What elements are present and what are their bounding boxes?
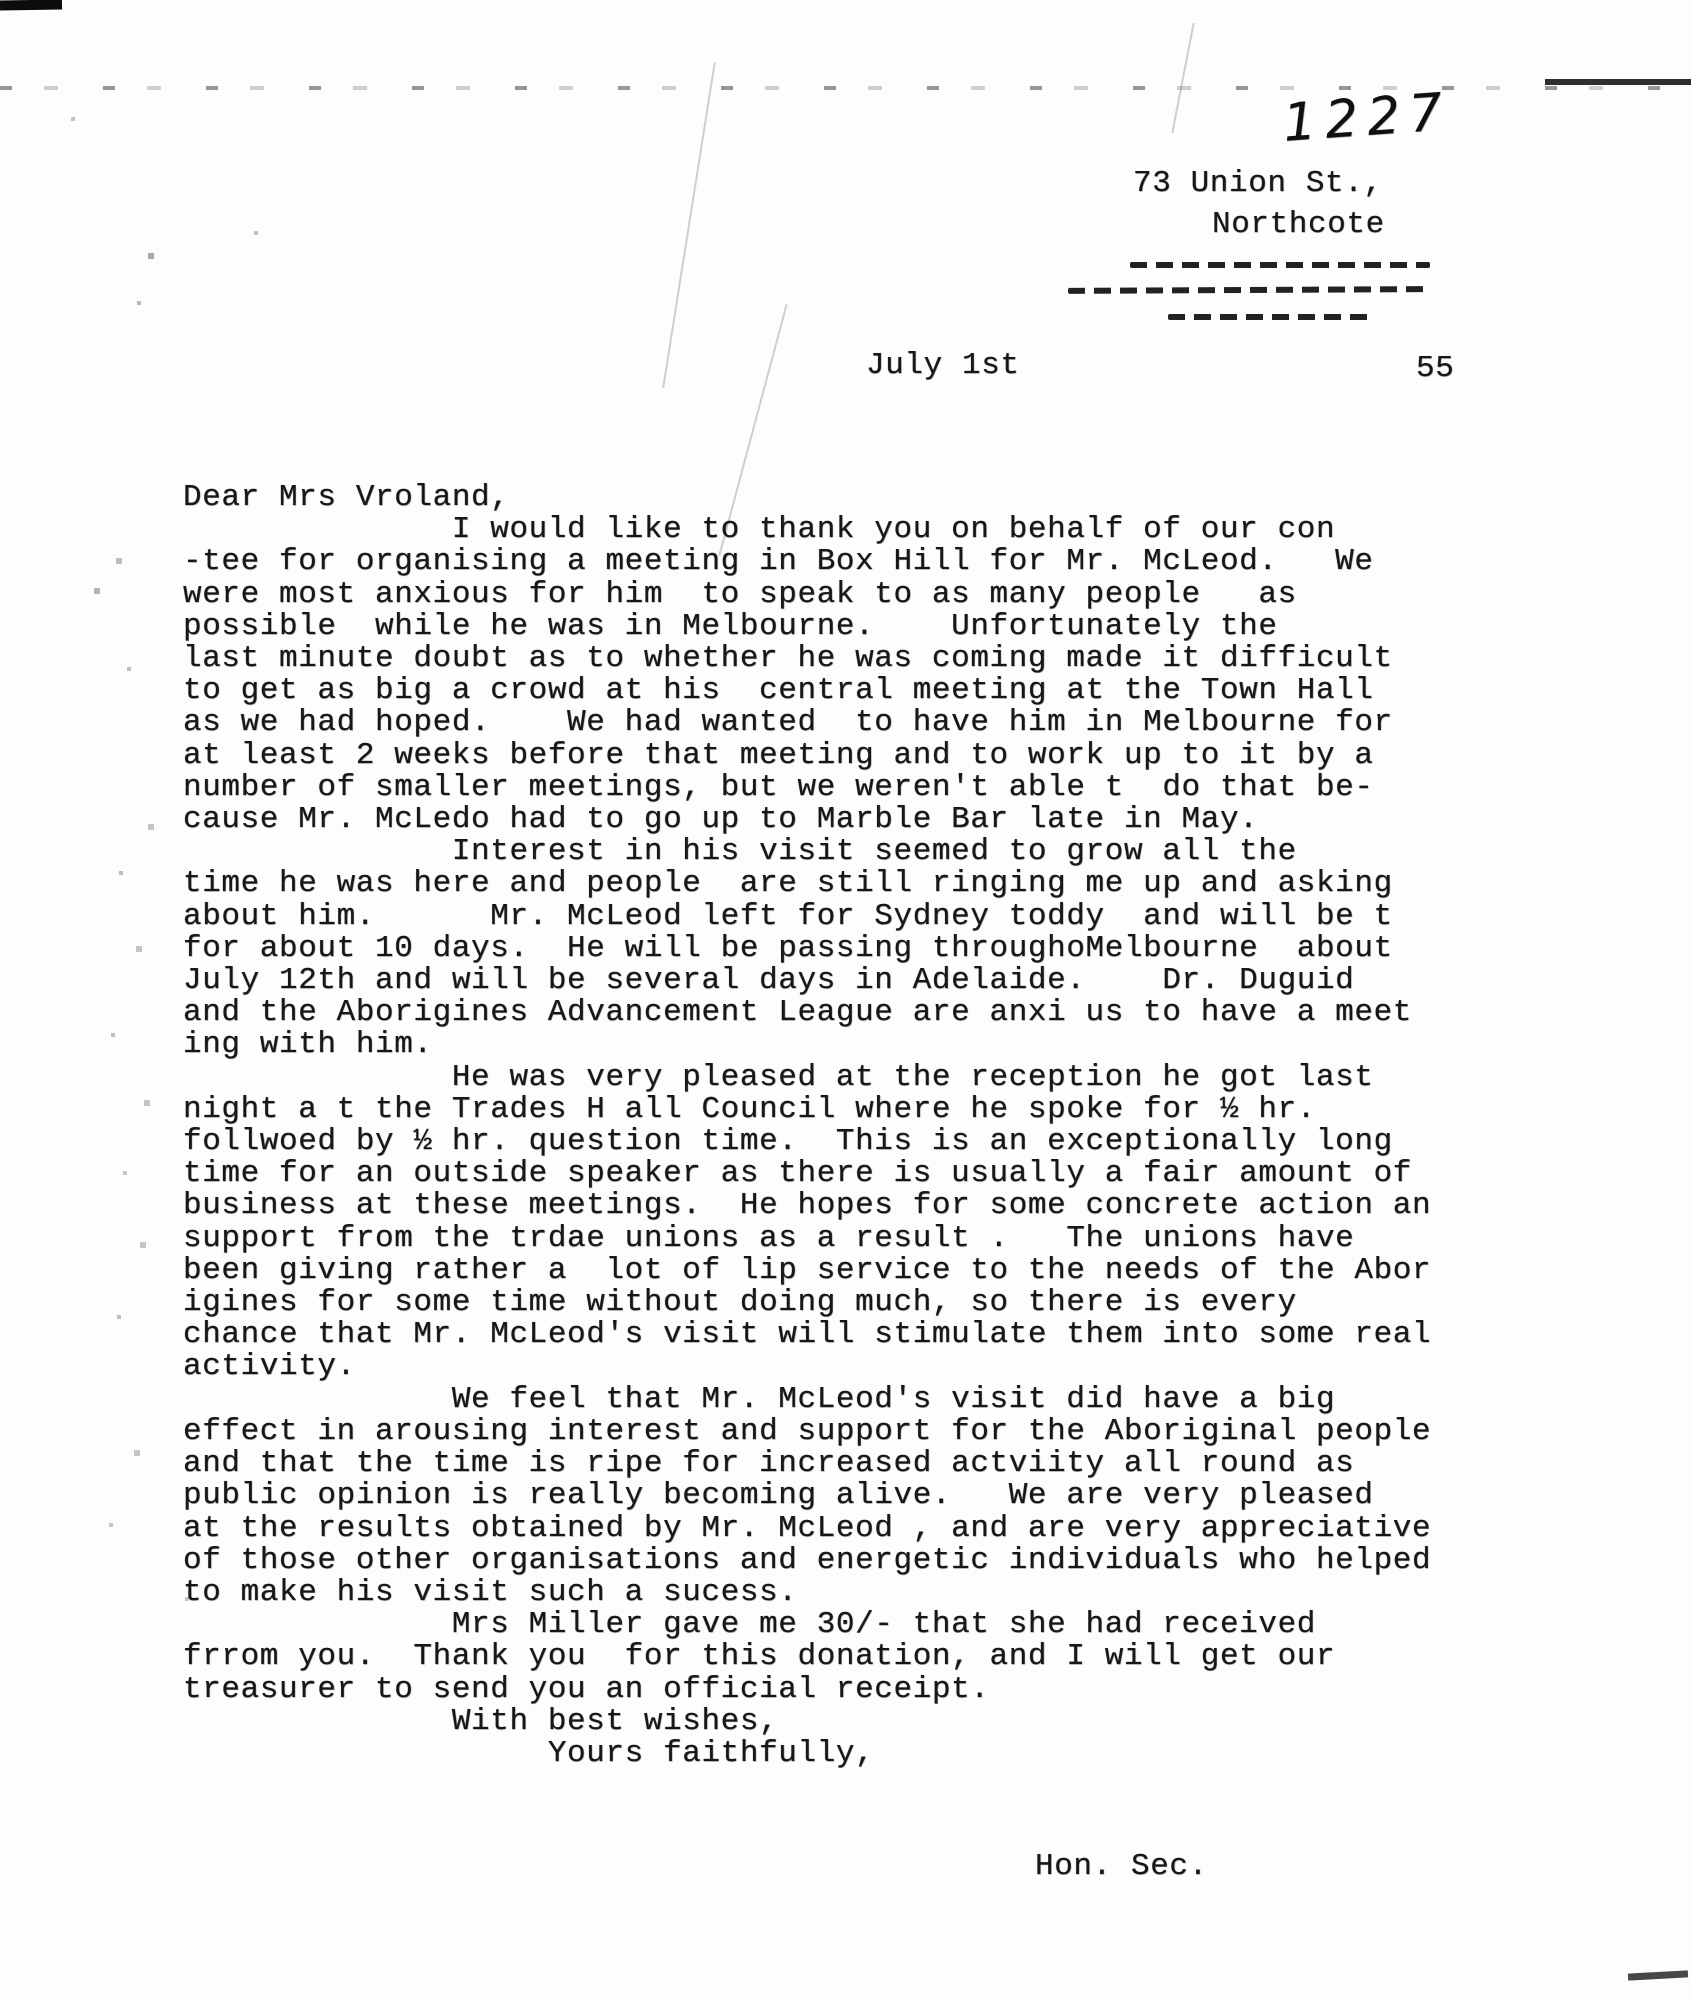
handwritten-number: 1227: [1281, 82, 1453, 154]
scan-speckles: [0, 0, 2, 2]
paper-crease: [1171, 23, 1194, 133]
letter-body: Dear Mrs Vroland, I would like to thank …: [183, 482, 1431, 1770]
scanned-letter-page: 1227 73 Union St., Northcote July 1st 55…: [0, 0, 1691, 2000]
letter-date: July 1st: [866, 350, 1020, 382]
typed-dash-rule: [1130, 262, 1430, 268]
scan-corner-mark: [0, 0, 62, 11]
scan-edge-mark: [1545, 79, 1691, 85]
typed-dash-rule: [1068, 286, 1424, 294]
scan-corner-smudge: [1628, 1970, 1688, 1980]
paper-crease: [662, 62, 716, 388]
letter-year: 55: [1416, 353, 1454, 385]
signature-title: Hon. Sec.: [1035, 1851, 1208, 1883]
sender-address-line2: Northcote: [1212, 209, 1385, 241]
typed-dash-rule: [1168, 314, 1368, 320]
sender-address-line1: 73 Union St.,: [1133, 168, 1383, 200]
